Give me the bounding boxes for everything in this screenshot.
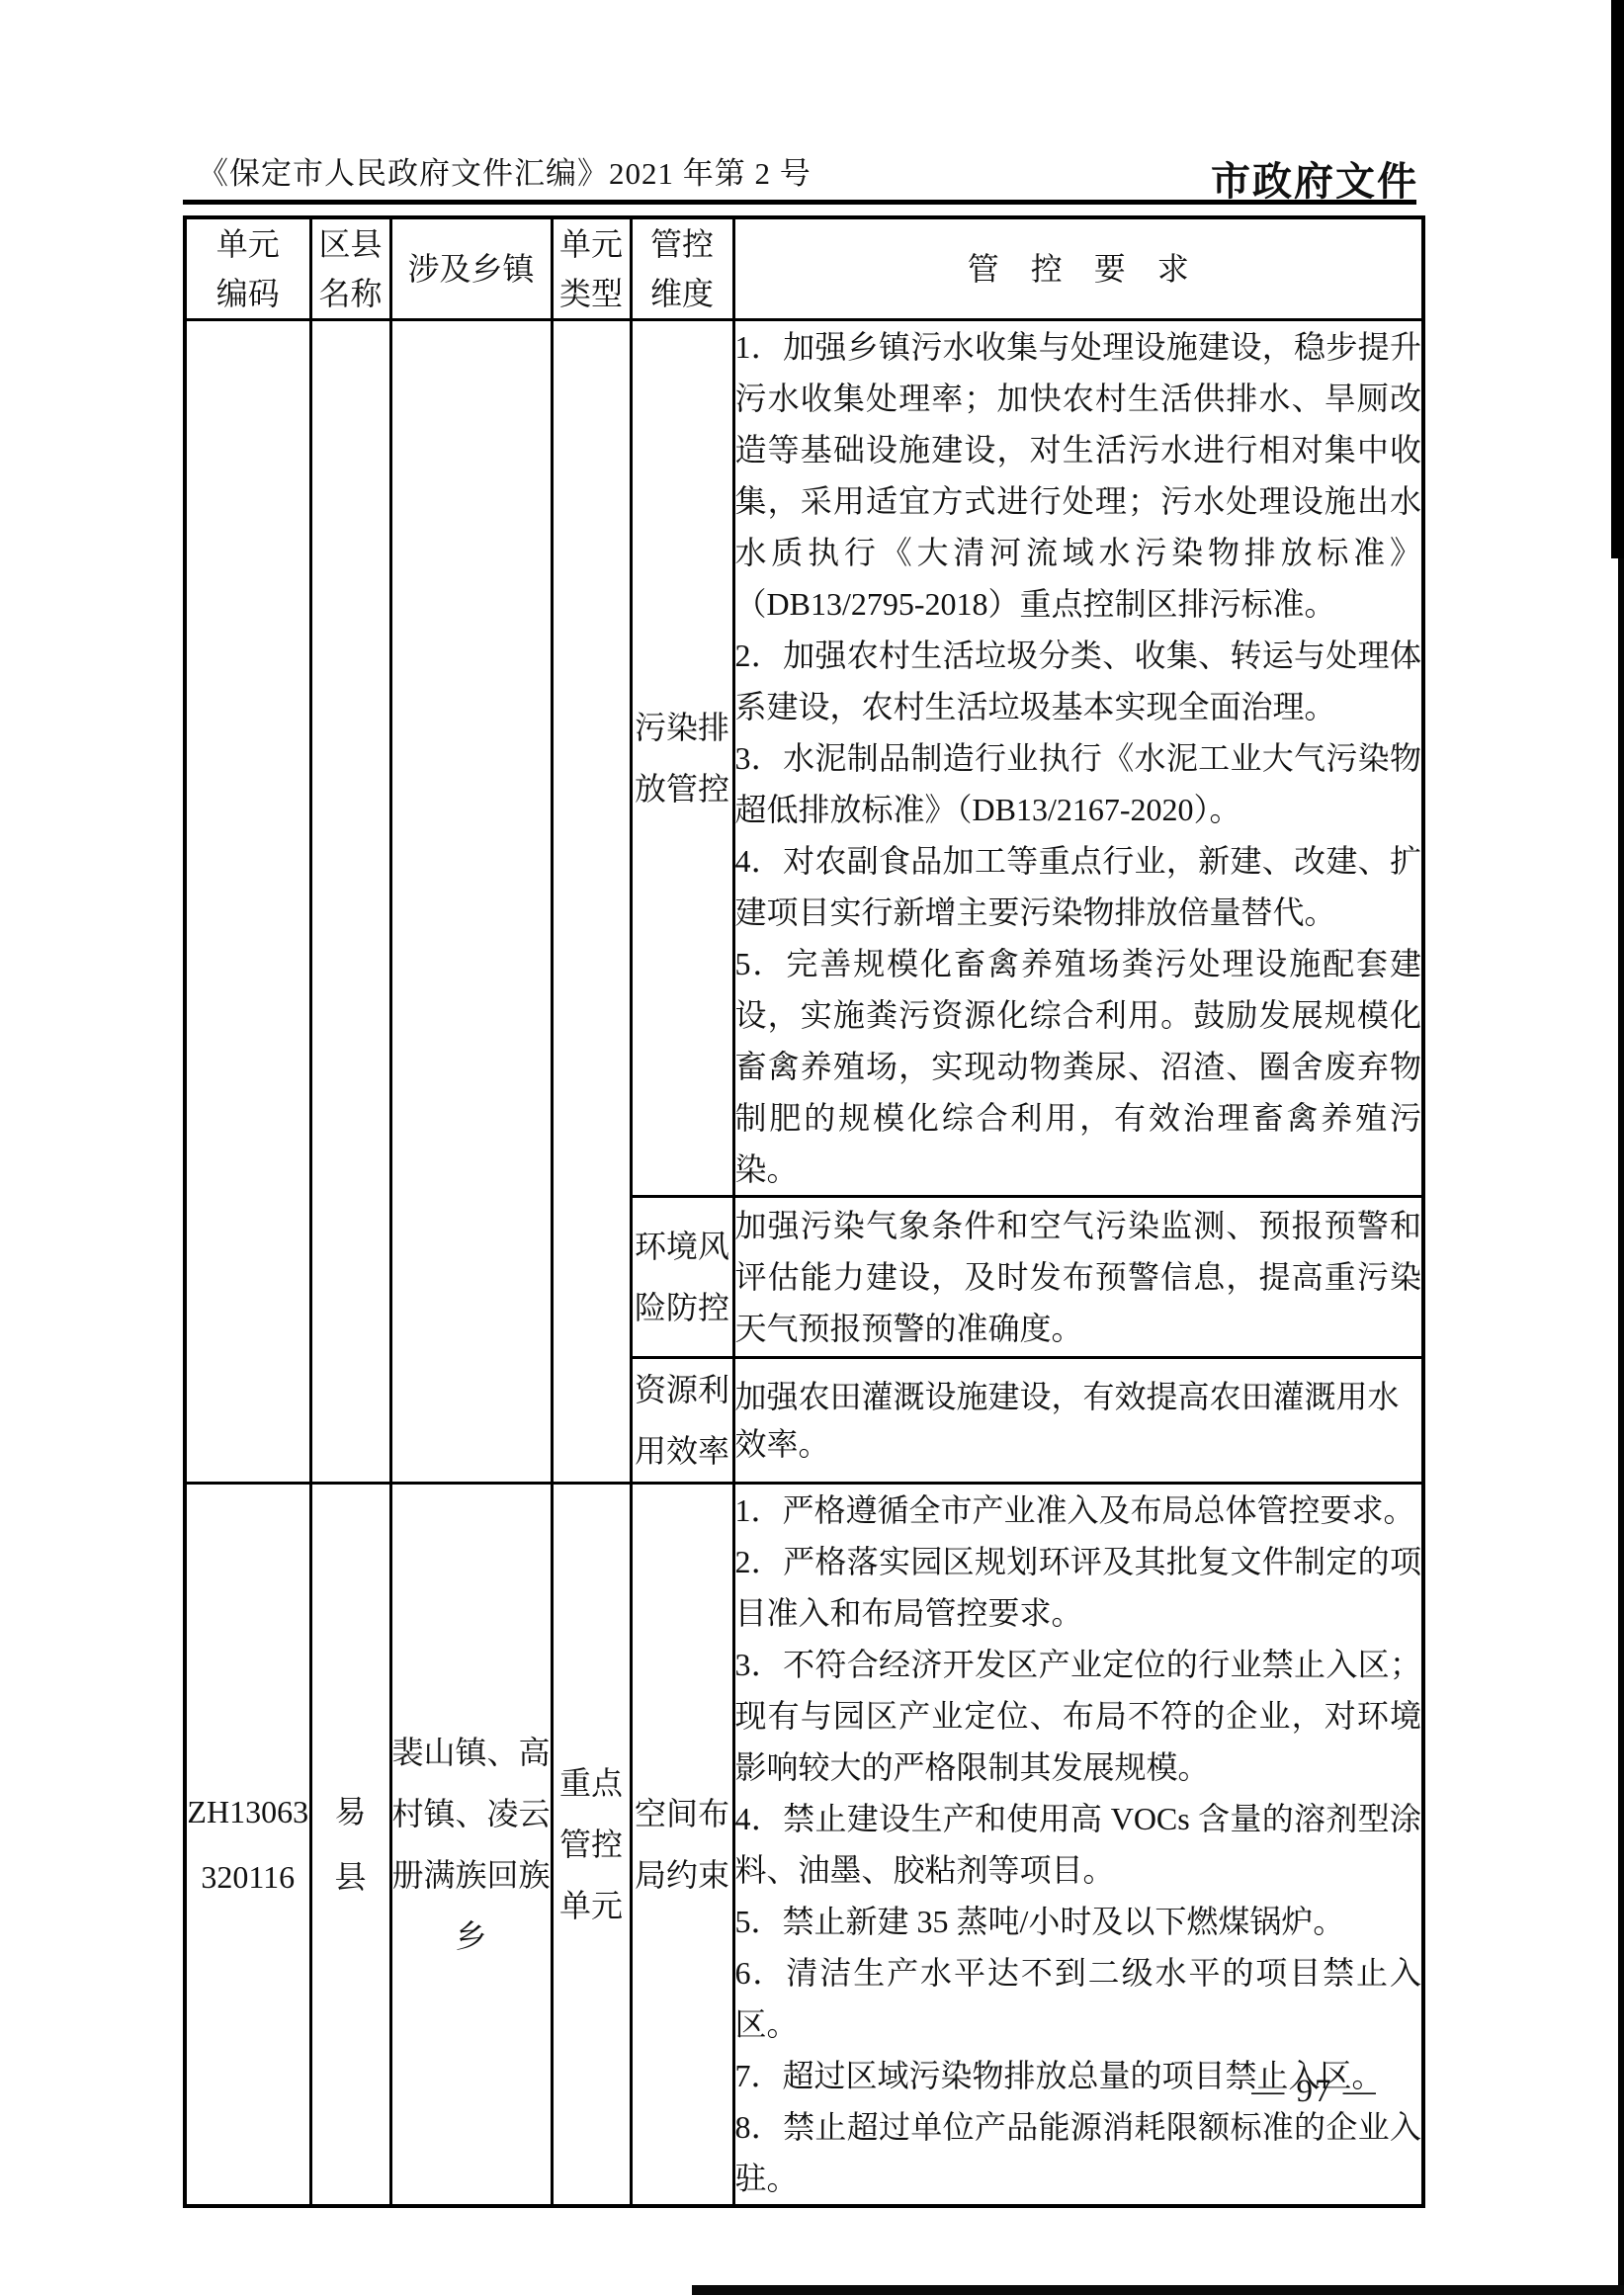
table-header-row: 单元 编码 区县 名称 涉及乡镇 单元 类型 管控 维度 管 控 要 求 <box>185 217 1423 320</box>
document-category-label: 市政府文件 <box>1211 150 1418 207</box>
control-requirements-table: 单元 编码 区县 名称 涉及乡镇 单元 类型 管控 维度 管 控 要 求 污染排… <box>183 215 1425 2208</box>
header-unit-code: 单元 编码 <box>185 217 310 320</box>
cell-county: 易 县 <box>310 1484 390 2207</box>
dimension-pollution-discharge: 污染排 放管控 <box>631 320 733 1197</box>
header-county: 区县 名称 <box>310 217 390 320</box>
dimension-resource-efficiency: 资源利 用效率 <box>631 1358 733 1484</box>
requirement-paragraph: 3．不符合经济开发区产业定位的行业禁止入区；现有与园区产业定位、布局不符的企业，… <box>735 1639 1422 1793</box>
cell-townships-continued <box>390 320 552 1484</box>
scan-artifact-right-edge <box>1618 558 1624 2295</box>
requirements-environmental-risk: 加强污染气象条件和空气污染监测、预报预警和评估能力建设，及时发布预警信息，提高重… <box>733 1197 1423 1358</box>
requirement-paragraph: 4．对农副食品加工等重点行业，新建、改建、扩建项目实行新增主要污染物排放倍量替代… <box>735 835 1422 938</box>
requirements-pollution-discharge: 1．加强乡镇污水收集与处理设施建设，稳步提升污水收集处理率；加快农村生活供排水、… <box>733 320 1423 1197</box>
requirement-paragraph: 1．严格遵循全市产业准入及布局总体管控要求。 <box>735 1485 1422 1536</box>
header-requirements: 管 控 要 求 <box>733 217 1423 320</box>
compilation-title: 《保定市人民政府文件汇编》2021 年第 2 号 <box>198 148 812 193</box>
cell-unit-type: 重点 管控 单元 <box>552 1484 631 2207</box>
requirement-paragraph: 8．禁止超过单位产品能源消耗限额标准的企业入驻。 <box>735 2101 1422 2204</box>
page-number: — 97 — <box>1216 2074 1413 2110</box>
requirement-paragraph: 2．加强农村生活垃圾分类、收集、转运与处理体系建设，农村生活垃圾基本实现全面治理… <box>735 630 1422 732</box>
requirement-paragraph: 5．完善规模化畜禽养殖场粪污处理设施配套建设，实施粪污资源化综合利用。鼓励发展规… <box>735 938 1422 1195</box>
requirement-paragraph: 2．严格落实园区规划环评及其批复文件制定的项目准入和布局管控要求。 <box>735 1536 1422 1639</box>
scan-artifact-right-edge-top <box>1611 0 1624 558</box>
table-row: 污染排 放管控 1．加强乡镇污水收集与处理设施建设，稳步提升污水收集处理率；加快… <box>185 320 1423 1197</box>
cell-unit-code: ZH13063 320116 <box>185 1484 310 2207</box>
cell-county-continued <box>310 320 390 1484</box>
header-dimension: 管控 维度 <box>631 217 733 320</box>
scan-artifact-bottom-edge <box>692 2285 1624 2295</box>
requirement-paragraph: 4．禁止建设生产和使用高 VOCs 含量的溶剂型涂料、油墨、胶粘剂等项目。 <box>735 1793 1422 1896</box>
header-rule <box>183 200 1416 205</box>
header-townships: 涉及乡镇 <box>390 217 552 320</box>
requirement-paragraph: 加强农田灌溉设施建设，有效提高农田灌溉用水效率。 <box>735 1373 1422 1468</box>
header-unit-type: 单元 类型 <box>552 217 631 320</box>
requirement-paragraph: 3．水泥制品制造行业执行《水泥工业大气污染物超低排放标准》（DB13/2167-… <box>735 732 1422 835</box>
requirement-paragraph: 6．清洁生产水平达不到二级水平的项目禁止入区。 <box>735 1947 1422 2050</box>
requirement-paragraph: 5．禁止新建 35 蒸吨/小时及以下燃煤锅炉。 <box>735 1896 1422 1947</box>
dimension-environmental-risk: 环境风 险防控 <box>631 1197 733 1358</box>
cell-unit-code-continued <box>185 320 310 1484</box>
requirement-paragraph: 1．加强乡镇污水收集与处理设施建设，稳步提升污水收集处理率；加快农村生活供排水、… <box>735 321 1422 630</box>
cell-townships: 裴山镇、高 村镇、凌云 册满族回族 乡 <box>390 1484 552 2207</box>
cell-unit-type-continued <box>552 320 631 1484</box>
requirements-resource-efficiency: 加强农田灌溉设施建设，有效提高农田灌溉用水效率。 <box>733 1358 1423 1484</box>
requirement-paragraph: 加强污染气象条件和空气污染监测、预报预警和评估能力建设，及时发布预警信息，提高重… <box>735 1200 1422 1354</box>
dimension-spatial-layout: 空间布 局约束 <box>631 1484 733 2207</box>
document-page: 《保定市人民政府文件汇编》2021 年第 2 号 市政府文件 单元 编码 区县 … <box>0 0 1624 2295</box>
